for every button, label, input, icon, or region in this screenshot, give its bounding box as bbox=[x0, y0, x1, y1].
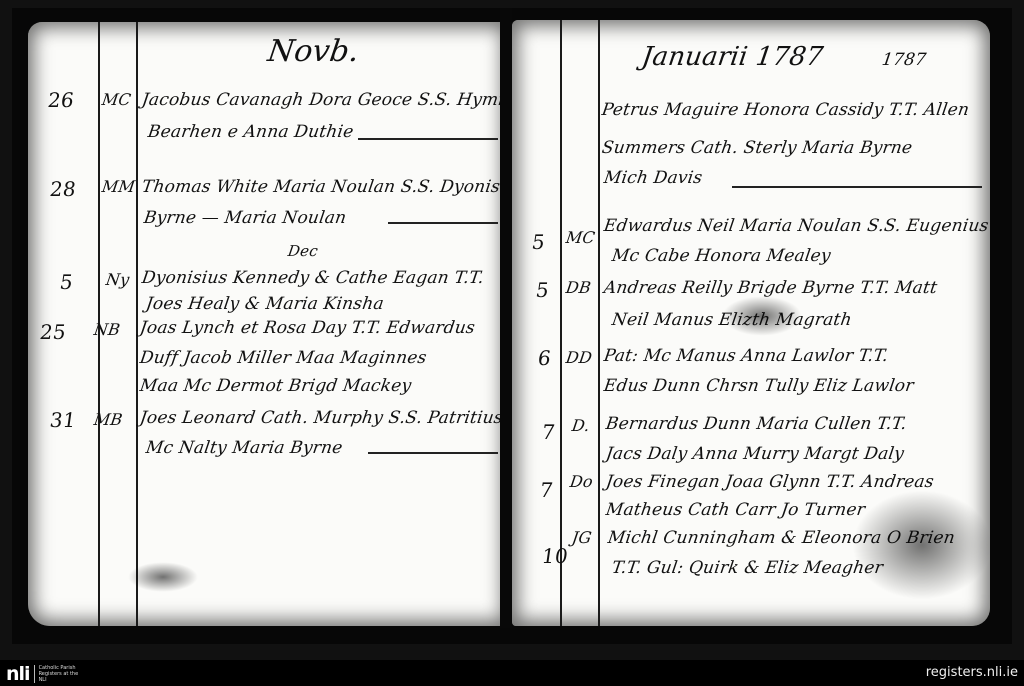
entry-date: 25 bbox=[38, 320, 67, 344]
right-page: Januarii 1787 1787 Petrus Maguire Honora… bbox=[512, 20, 990, 626]
line-filler bbox=[358, 138, 498, 140]
column-rule bbox=[136, 22, 138, 626]
month-heading: Novb. bbox=[266, 34, 362, 69]
entry-line: Jacs Daly Anna Murry Margt Daly bbox=[605, 444, 906, 464]
entry-line: Summers Cath. Sterly Maria Byrne bbox=[601, 138, 914, 158]
book-gutter bbox=[500, 8, 512, 628]
entry-line: Andreas Reilly Brigde Byrne T.T. Matt bbox=[603, 278, 939, 298]
section-mark: Dec bbox=[287, 242, 319, 260]
month-heading: Januarii 1787 bbox=[640, 42, 825, 72]
ink-stain bbox=[722, 296, 802, 336]
entry-line: Joas Lynch et Rosa Day T.T. Edwardus bbox=[139, 318, 477, 338]
entry-line: Mc Cabe Honora Mealey bbox=[611, 246, 832, 266]
left-page: Novb. 26 MC Jacobus Cavanagh Dora Geoce … bbox=[28, 22, 508, 626]
entry-line: Byrne — Maria Noulan bbox=[143, 208, 348, 228]
entry-line: Edwardus Neil Maria Noulan S.S. Eugenius bbox=[603, 216, 990, 236]
entry-code: MC bbox=[565, 228, 597, 247]
entry-line: Mc Nalty Maria Byrne bbox=[145, 438, 344, 458]
column-rule bbox=[598, 20, 600, 626]
entry-line: Bernardus Dunn Maria Cullen T.T. bbox=[605, 414, 908, 434]
logo-caption: Catholic Parish Registers at the NLI bbox=[39, 665, 83, 683]
column-rule bbox=[560, 20, 562, 626]
entry-line: Thomas White Maria Noulan S.S. Dyonisius bbox=[141, 177, 527, 197]
registers-site-link[interactable]: registers.nli.ie bbox=[926, 665, 1018, 680]
entry-line: Matheus Cath Carr Jo Turner bbox=[605, 500, 867, 520]
entry-line: Bearhen e Anna Duthie bbox=[147, 122, 355, 142]
entry-date: 6 bbox=[536, 346, 552, 370]
entry-code: JG bbox=[571, 528, 593, 547]
entry-line: Joes Healy & Maria Kinsha bbox=[145, 294, 386, 314]
entry-line: Petrus Maguire Honora Cassidy T.T. Allen bbox=[601, 100, 971, 120]
entry-line: Mich Davis bbox=[603, 168, 704, 188]
entry-date: 7 bbox=[540, 420, 556, 444]
entry-line: Duff Jacob Miller Maa Maginnes bbox=[139, 348, 428, 368]
entry-line: Pat: Mc Manus Anna Lawlor T.T. bbox=[603, 346, 890, 366]
entry-line: Maa Mc Dermot Brigd Mackey bbox=[139, 376, 413, 396]
image-viewer[interactable]: Novb. 26 MC Jacobus Cavanagh Dora Geoce … bbox=[0, 0, 1024, 660]
entry-line: T.T. Gul: Quirk & Eliz Meagher bbox=[611, 558, 885, 578]
entry-line: Joes Leonard Cath. Murphy S.S. Patritius bbox=[139, 408, 505, 428]
entry-date: 7 bbox=[538, 478, 554, 502]
line-filler bbox=[368, 452, 498, 454]
entry-date: 26 bbox=[46, 88, 75, 112]
entry-date: 28 bbox=[48, 177, 77, 201]
line-filler bbox=[732, 186, 982, 188]
entry-code: D. bbox=[571, 416, 591, 435]
register-scan: Novb. 26 MC Jacobus Cavanagh Dora Geoce … bbox=[12, 8, 1012, 644]
entry-code: DB bbox=[565, 278, 593, 297]
line-filler bbox=[388, 222, 498, 224]
entry-line: Edus Dunn Chrsn Tully Eliz Lawlor bbox=[603, 376, 915, 396]
entry-date: 5 bbox=[530, 230, 546, 254]
ink-stain bbox=[128, 562, 198, 592]
entry-line: Dyonisius Kennedy & Cathe Eagan T.T. bbox=[141, 268, 486, 288]
nli-logo-mark: nli bbox=[6, 664, 30, 684]
entry-code: MB bbox=[93, 410, 124, 429]
entry-date: 31 bbox=[48, 408, 77, 432]
entry-code: MM bbox=[101, 177, 137, 196]
footer-bar: nli Catholic Parish Registers at the NLI… bbox=[0, 660, 1024, 686]
entry-code: DD bbox=[565, 348, 594, 367]
entry-line: Joes Finegan Joaa Glynn T.T. Andreas bbox=[605, 472, 936, 492]
entry-code: Do bbox=[569, 472, 595, 491]
year-note: 1787 bbox=[881, 50, 928, 70]
entry-date: 5 bbox=[58, 270, 74, 294]
entry-date: 10 bbox=[540, 544, 569, 568]
entry-code: MC bbox=[101, 90, 133, 109]
entry-date: 5 bbox=[534, 278, 550, 302]
nli-logo[interactable]: nli Catholic Parish Registers at the NLI bbox=[6, 664, 83, 684]
entry-code: NB bbox=[93, 320, 122, 339]
water-stain bbox=[852, 490, 992, 600]
entry-code: Ny bbox=[105, 270, 131, 289]
entry-line: Jacobus Cavanagh Dora Geoce S.S. Hymis bbox=[141, 90, 515, 110]
logo-divider bbox=[34, 665, 35, 683]
